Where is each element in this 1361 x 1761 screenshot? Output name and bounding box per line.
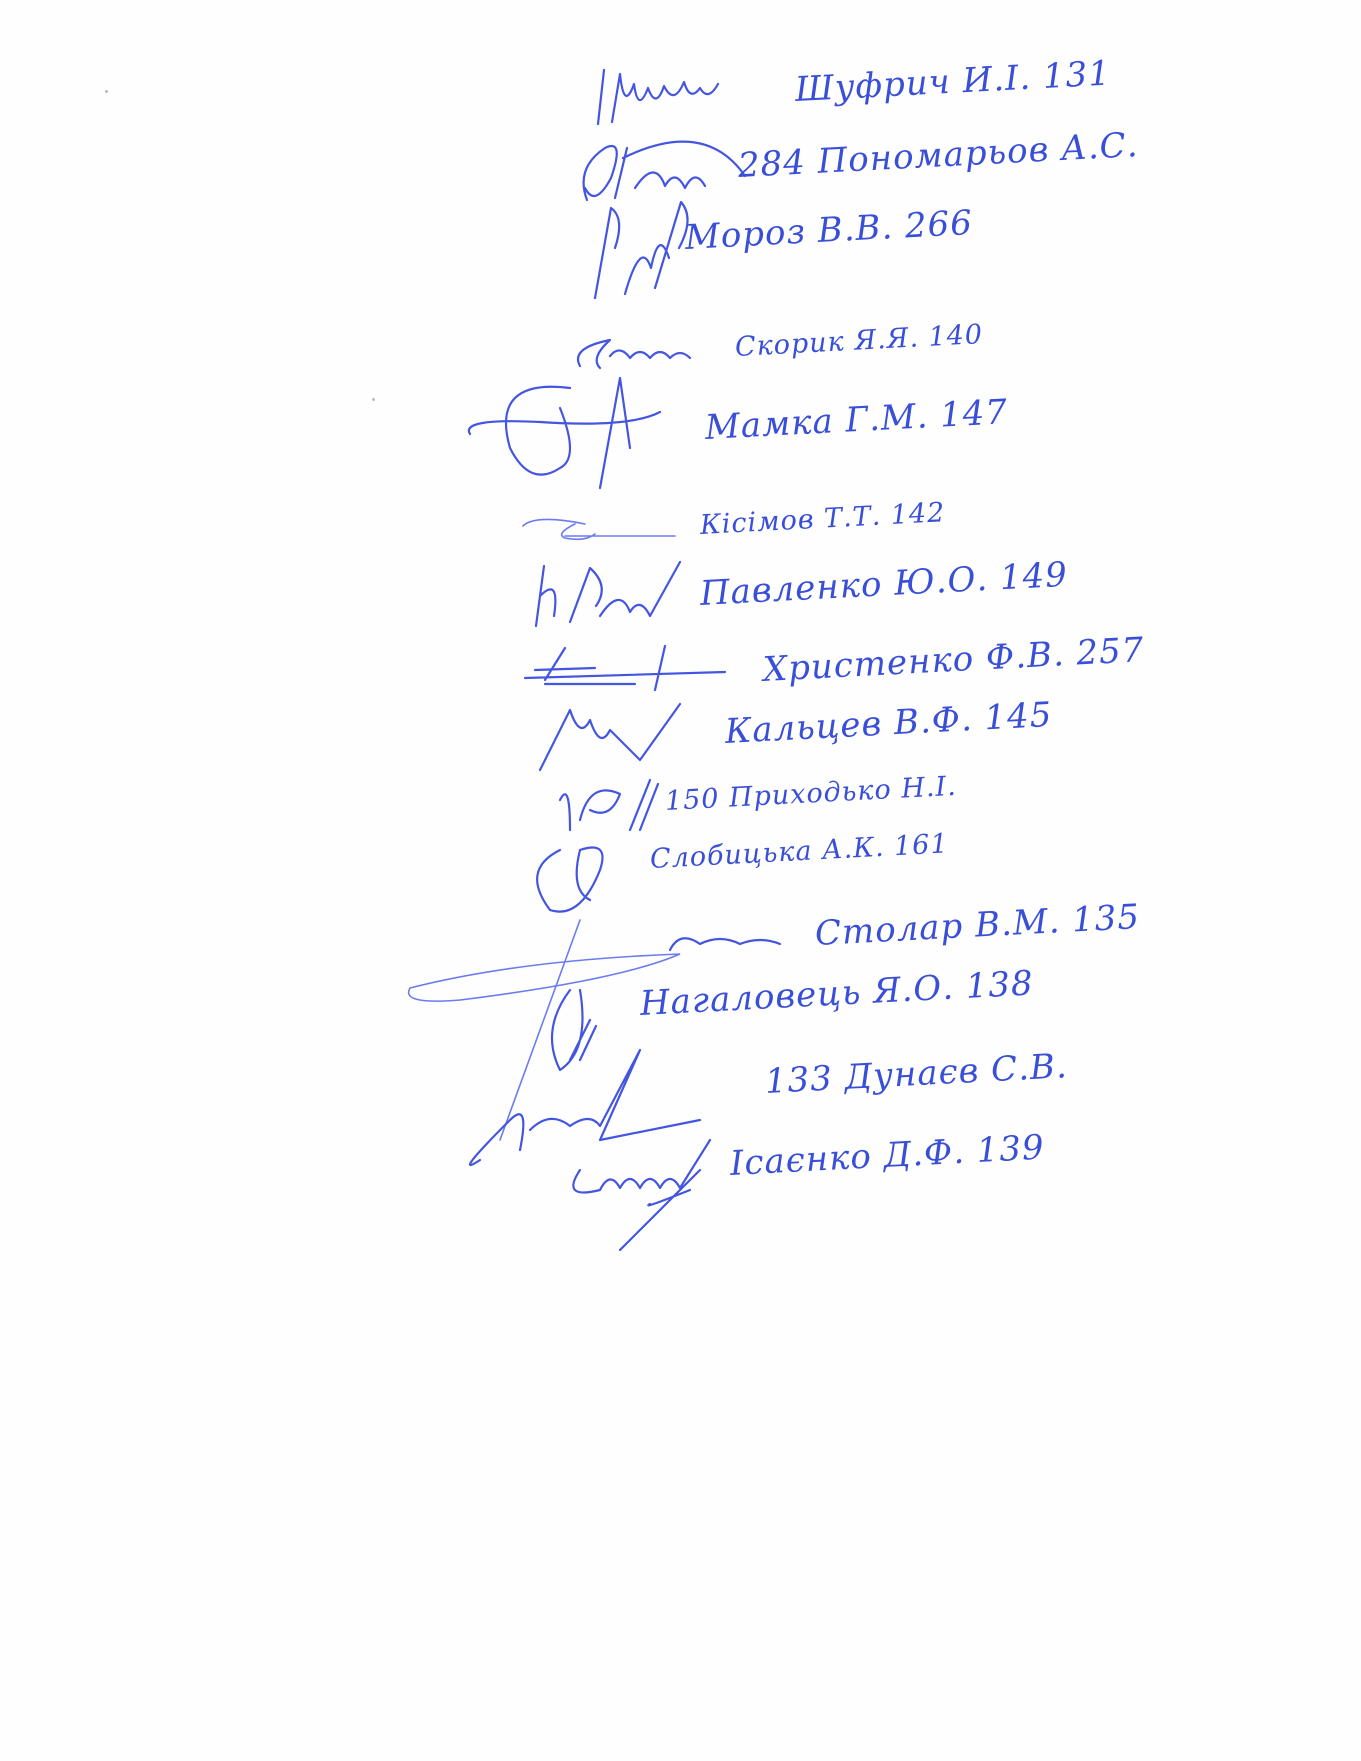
entry-text: Кальцев В.Ф. 145 (724, 695, 1053, 752)
signature-row: Мамка Г.М. 147 (0, 388, 1361, 444)
signature-scribble (450, 368, 710, 498)
signature-scribble (515, 500, 715, 560)
signature-scribble (590, 62, 790, 132)
entry-text: Кісімов Т.Т. 142 (699, 497, 946, 541)
entry-text: 133 Дунаєв С.В. (764, 1046, 1069, 1102)
signature-row: Кісімов Т.Т. 142 (0, 500, 1361, 556)
signature-row: Ісаєнко Д.Ф. 139 (0, 1130, 1361, 1186)
signature-row: Столар В.М. 135 (0, 920, 1361, 976)
entry-text: Шуфрич И.І. 131 (794, 53, 1112, 109)
scanned-page: Шуфрич И.І. 131 284 Пономарьов А.С. Моро… (0, 0, 1361, 1761)
signature-row: 133 Дунаєв С.В. (0, 1040, 1361, 1096)
signature-scribble (515, 640, 755, 700)
signature-row: Кальцев В.Ф. 145 (0, 700, 1361, 756)
entry-text: Мамка Г.М. 147 (704, 392, 1009, 448)
entry-text: Столар В.М. 135 (814, 897, 1141, 954)
entry-text: Христенко Ф.В. 257 (762, 630, 1145, 690)
signature-row: Христенко Ф.В. 257 (0, 640, 1361, 696)
signature-row: Скорик Я.Я. 140 (0, 318, 1361, 374)
signature-row: Павленко Ю.О. 149 (0, 556, 1361, 612)
signature-row: Мороз В.В. 266 (0, 198, 1361, 254)
signature-row: Шуфрич И.І. 131 (0, 62, 1361, 118)
entry-text: 284 Пономарьов А.С. (737, 125, 1139, 186)
entry-text: Скорик Я.Я. 140 (734, 319, 984, 363)
entry-text: 150 Приходько Н.І. (664, 771, 957, 817)
signature-scribble (530, 700, 730, 780)
signature-row: Нагаловець Я.О. 138 (0, 980, 1361, 1036)
signature-row: 284 Пономарьов А.С. (0, 128, 1361, 184)
entry-text: Слобицька А.К. 161 (649, 828, 949, 875)
signature-row: 150 Приходько Н.І. (0, 770, 1361, 826)
signature-scribble (520, 830, 640, 920)
entry-text: Павленко Ю.О. 149 (699, 555, 1069, 614)
signature-row: Слобицька А.К. 161 (0, 830, 1361, 886)
entry-text: Мороз В.В. 266 (684, 203, 974, 258)
